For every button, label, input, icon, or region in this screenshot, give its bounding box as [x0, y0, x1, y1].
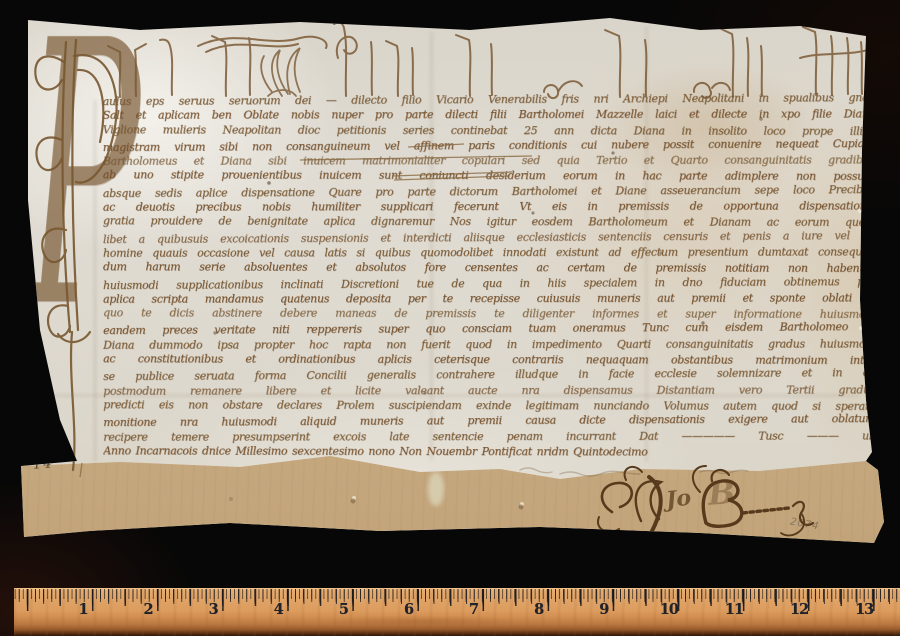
manuscript-line: postmodum remanere libere et licite vale… [103, 382, 875, 399]
ruler-number-13: 13 [855, 601, 873, 618]
archival-number-note: 14 [33, 456, 55, 472]
manuscript-line: Diana dummodo ipsa propter hoc rapta non… [103, 336, 875, 353]
ruler-number-10: 10 [660, 601, 678, 618]
ruler-number-8: 8 [534, 601, 543, 618]
ruler-number-6: 6 [404, 601, 413, 618]
pricking-holes [0, 0, 2, 2]
ruler-number-11: 11 [725, 601, 743, 618]
manuscript-line: Salt et aplicam ben Oblate nobis nuper p… [103, 107, 875, 124]
ruler-number-4: 4 [274, 601, 283, 618]
manuscript-text: aulus eps seruus seruorum dei — dilecto … [103, 91, 876, 459]
manuscript-line: recipere temere presumpserint excois lat… [103, 428, 875, 445]
parchment-nicks [0, 0, 2, 2]
photograph-background: P aulus eps seruus seruorum dei — dilect… [0, 0, 900, 636]
notary-signature-initials: Jo [665, 485, 693, 513]
ruler-number-9: 9 [599, 601, 608, 618]
fold-scuff-mark [428, 472, 444, 506]
ruler-number-1: 1 [78, 601, 87, 618]
ruler-number-2: 2 [144, 601, 153, 618]
ink-specks [0, 0, 2, 2]
wooden-ruler: 1 2 3 4 5 6 7 8 9 10 11 12 13 [14, 588, 900, 636]
manuscript-parchment: P aulus eps seruus seruorum dei — dilect… [0, 0, 900, 636]
notary-signature-initial-b: B [707, 473, 737, 513]
ruler-number-12: 12 [790, 601, 808, 618]
illuminated-initial: P [26, 0, 91, 422]
ruler-number-7: 7 [469, 601, 478, 618]
ruler-number-3: 3 [209, 601, 218, 618]
ruler-number-5: 5 [339, 601, 348, 618]
manuscript-date-line: Anno Incarnacois dnice Millesimo sexcent… [103, 443, 852, 460]
manuscript-line: aplica scripta mandamus quatenus deposit… [103, 290, 875, 307]
